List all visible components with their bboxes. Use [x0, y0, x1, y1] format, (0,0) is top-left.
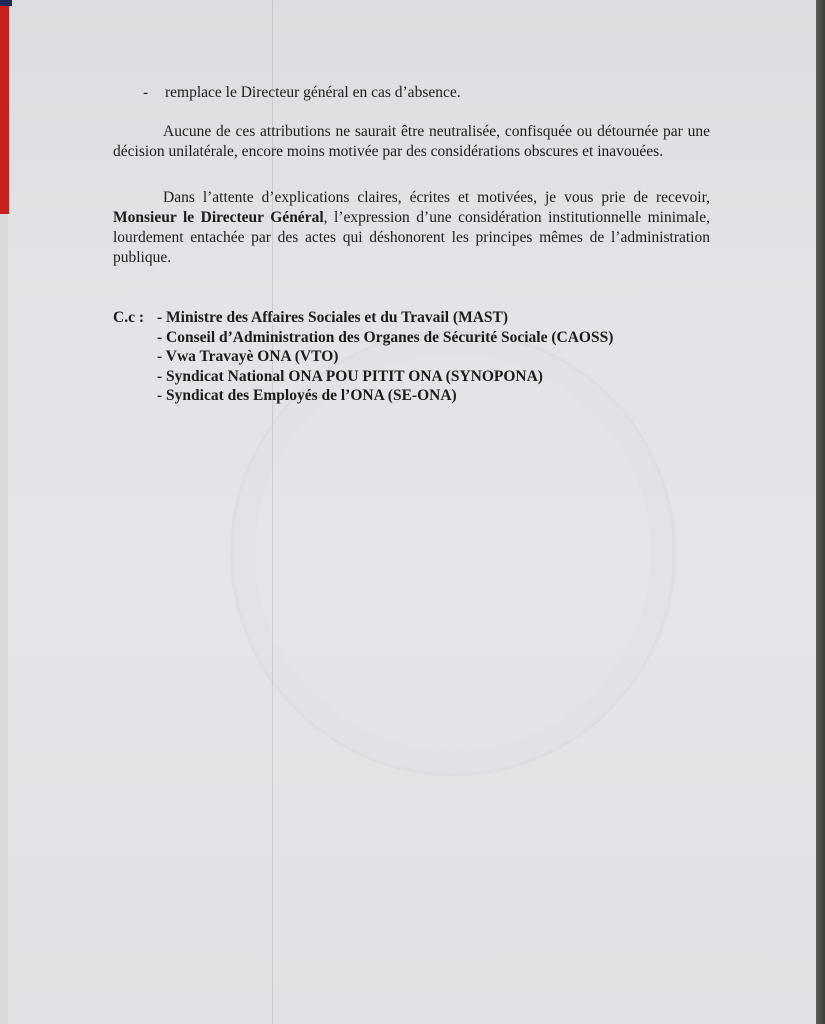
paragraph-attributions-text: Aucune de ces attributions ne saurait êt…	[113, 123, 710, 160]
cc-recipient: - Conseil d’Administration des Organes d…	[157, 328, 613, 348]
bullet-marker: -	[143, 83, 148, 103]
bullet-item: remplace le Directeur général en cas d’a…	[165, 83, 461, 103]
paragraph-closing: Dans l’attente d’explications claires, é…	[113, 188, 710, 268]
addressee-bold: Monsieur le Directeur Général	[113, 209, 324, 226]
background-edge	[816, 0, 825, 1024]
red-folder-edge	[0, 6, 10, 214]
cc-label: C.c :	[113, 308, 144, 328]
cc-recipient-list: - Ministre des Affaires Sociales et du T…	[157, 308, 613, 406]
paragraph-attributions: Aucune de ces attributions ne saurait êt…	[113, 122, 710, 162]
closing-text-start: Dans l’attente d’explications claires, é…	[163, 189, 710, 206]
cc-recipient: - Ministre des Affaires Sociales et du T…	[157, 308, 613, 328]
cc-recipient: - Syndicat des Employés de l’ONA (SE-ONA…	[157, 386, 613, 406]
cc-recipient: - Syndicat National ONA POU PITIT ONA (S…	[157, 367, 613, 387]
cc-recipient: - Vwa Travayè ONA (VTO)	[157, 347, 613, 367]
